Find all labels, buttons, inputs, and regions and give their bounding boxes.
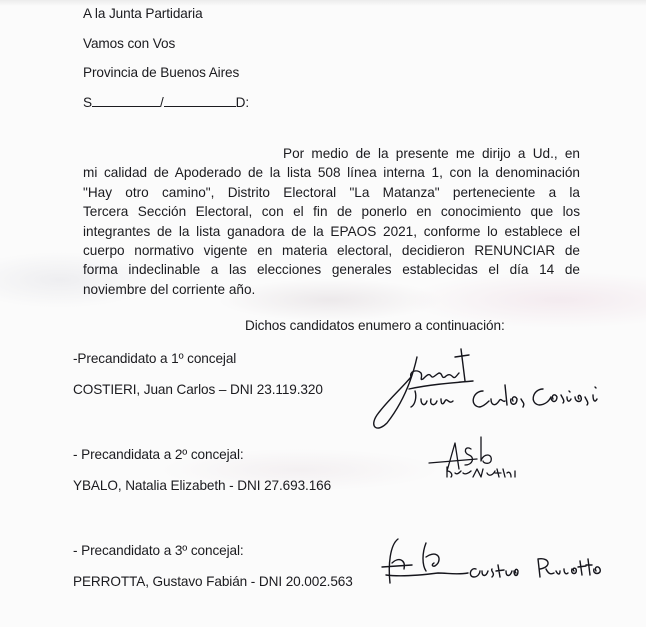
salutation-end: D: [236,95,249,110]
list-intro: Dichos candidatos enumero a continuación… [245,318,505,333]
candidate-2-role: - Precandidata a 2º concejal: [73,447,244,462]
body-line-7: forma indeclinable a las elecciones gene… [83,260,580,279]
addressee-line-1: A la Junta Partidaria [83,6,203,21]
salutation-start: S [83,95,92,110]
signature-perrotta [372,535,622,590]
salutation-blank-2 [164,94,236,107]
signature-costieri [365,345,625,435]
candidate-2-name-dni: YBALO, Natalia Elizabeth - DNI 27.693.16… [73,478,331,493]
candidate-3-name-dni: PERROTTA, Gustavo Fabián - DNI 20.002.56… [73,574,353,589]
salutation-line: S/D: [83,94,249,110]
body-line-8: noviembre del corriente año. [83,280,580,299]
body-line-4: Tercera Sección Electoral, con el fin de… [83,202,580,221]
signature-ybalo [425,433,535,483]
body-paragraph: Por medio de la presente me dirijo a Ud.… [83,144,580,299]
scanned-letter-page: A la Junta Partidaria Vamos con Vos Prov… [0,0,646,627]
body-line-5: integrantes de la lista ganadora de la E… [83,222,580,241]
body-line-1: Por medio de la presente me dirijo a Ud.… [83,144,580,163]
salutation-blank-1 [92,94,160,107]
addressee-line-3: Provincia de Buenos Aires [83,65,239,80]
addressee-line-2: Vamos con Vos [83,36,175,51]
body-line-2: mi calidad de Apoderado de la lista 508 … [83,163,580,182]
candidate-1-role: -Precandidato a 1º concejal [73,351,236,366]
body-line-6: cuerpo normativo vigente en materia elec… [83,241,580,260]
candidate-1-name-dni: COSTIERI, Juan Carlos – DNI 23.119.320 [73,382,323,397]
candidate-3-role: - Precandidato a 3º concejal: [73,543,244,558]
body-line-3: "Hay otro camino", Distrito Electoral "L… [83,183,580,202]
